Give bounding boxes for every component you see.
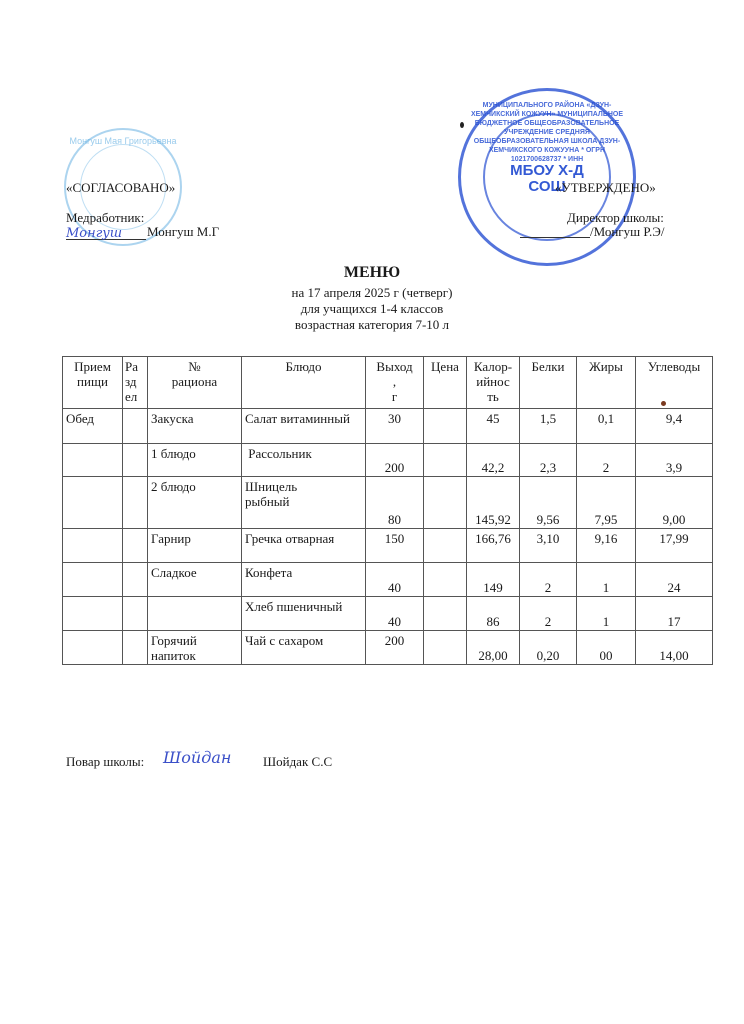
table-row: Гарнир Гречка отварная 150 166,76 3,10 9… (63, 529, 713, 563)
table-row: Обед Закуска Салат витаминный 30 45 1,5 … (63, 409, 713, 444)
cell-price (424, 409, 467, 444)
col-dish: Блюдо (242, 357, 366, 409)
cell-meal: Обед (63, 409, 123, 444)
cell-protein: 2 (520, 563, 577, 597)
cell-dish: Гречка отварная (242, 529, 366, 563)
cell-fat: 7,95 (577, 477, 636, 529)
medical-stamp-text: Монгуш Мая Григорьевна (66, 136, 180, 146)
cell-protein: 1,5 (520, 409, 577, 444)
approval-left-signature-line: Монгуш (66, 225, 146, 240)
cell-protein: 2,3 (520, 444, 577, 477)
approval-left-label: «СОГЛАСОВАНО» (66, 180, 175, 195)
cell-section (123, 477, 148, 529)
cell-price (424, 529, 467, 563)
cell-price (424, 444, 467, 477)
cell-protein: 9,56 (520, 477, 577, 529)
col-price: Цена (424, 357, 467, 409)
col-ration: №рациона (148, 357, 242, 409)
cell-ration: Горячий напиток (148, 631, 242, 665)
menu-date: на 17 апреля 2025 г (четверг) (0, 285, 744, 300)
school-stamp-ring-text: МУНИЦИПАЛЬНОГО РАЙОНА «ДЗУН-ХЕМЧИКСКИЙ К… (469, 101, 625, 164)
cell-carbs: 3,9 (636, 444, 713, 477)
approval-right-label: «УТВЕРЖДЕНО» (555, 180, 656, 195)
approval-right-role: Директор школы: (567, 210, 664, 225)
menu-table: Приемпищи Раздел №рациона Блюдо Выход,г … (62, 356, 713, 665)
cell-section (123, 631, 148, 665)
cell-yield: 200 (366, 444, 424, 477)
cell-meal (63, 444, 123, 477)
cell-dish: Шницель рыбный (242, 477, 366, 529)
school-stamp-center-line1: МБОУ Х-Д (461, 163, 633, 179)
col-meal: Приемпищи (63, 357, 123, 409)
ink-speck (460, 122, 464, 128)
cell-fat: 0,1 (577, 409, 636, 444)
cell-meal (63, 631, 123, 665)
cell-carbs: 17,99 (636, 529, 713, 563)
cell-price (424, 597, 467, 631)
cell-kcal: 166,76 (467, 529, 520, 563)
cell-fat: 00 (577, 631, 636, 665)
cell-dish: Конфета (242, 563, 366, 597)
col-yield: Выход,г (366, 357, 424, 409)
cell-yield: 30 (366, 409, 424, 444)
cell-yield: 40 (366, 597, 424, 631)
cook-role: Повар школы: (66, 754, 144, 769)
cell-kcal: 45 (467, 409, 520, 444)
medworker-signature: Монгуш (66, 226, 122, 241)
cell-kcal: 42,2 (467, 444, 520, 477)
cell-fat: 9,16 (577, 529, 636, 563)
cell-carbs: 9,00 (636, 477, 713, 529)
cell-protein: 2 (520, 597, 577, 631)
approval-left-name: Монгуш М.Г (147, 224, 219, 239)
col-section: Раздел (123, 357, 148, 409)
col-protein: Белки (520, 357, 577, 409)
cell-yield: 40 (366, 563, 424, 597)
col-fat: Жиры (577, 357, 636, 409)
cell-protein: 3,10 (520, 529, 577, 563)
table-header-row: Приемпищи Раздел №рациона Блюдо Выход,г … (63, 357, 713, 409)
cell-kcal: 28,00 (467, 631, 520, 665)
cell-section (123, 529, 148, 563)
cell-ration: Закуска (148, 409, 242, 444)
cell-carbs: 9,4 (636, 409, 713, 444)
cell-ration (148, 597, 242, 631)
col-kcal: Калор-ийность (467, 357, 520, 409)
cell-price (424, 631, 467, 665)
cell-kcal: 145,92 (467, 477, 520, 529)
cell-fat: 2 (577, 444, 636, 477)
table-row: 1 блюдо Рассольник 200 42,2 2,3 2 3,9 (63, 444, 713, 477)
school-stamp: МУНИЦИПАЛЬНОГО РАЙОНА «ДЗУН-ХЕМЧИКСКИЙ К… (458, 88, 636, 266)
approval-right-name: /Монгуш Р.Э/ (590, 224, 664, 239)
cell-meal (63, 597, 123, 631)
cell-section (123, 444, 148, 477)
cell-section (123, 409, 148, 444)
cell-meal (63, 477, 123, 529)
approval-right-signature-line (520, 237, 590, 238)
col-carbs: Углеводы (636, 357, 713, 409)
cell-fat: 1 (577, 597, 636, 631)
cell-yield: 200 (366, 631, 424, 665)
cell-meal (63, 529, 123, 563)
cell-protein: 0,20 (520, 631, 577, 665)
cell-section (123, 563, 148, 597)
table-row: Хлеб пшеничный 40 86 2 1 17 (63, 597, 713, 631)
cell-ration: 1 блюдо (148, 444, 242, 477)
cell-meal (63, 563, 123, 597)
cell-ration: 2 блюдо (148, 477, 242, 529)
cook-signature: Шойдан (163, 748, 231, 767)
cook-name: Шойдак С.С (263, 754, 332, 769)
cell-ration: Сладкое (148, 563, 242, 597)
cell-section (123, 597, 148, 631)
menu-age-category: возрастная категория 7-10 л (0, 317, 744, 332)
cell-yield: 80 (366, 477, 424, 529)
cell-price (424, 563, 467, 597)
cell-dish: Хлеб пшеничный (242, 597, 366, 631)
table-row: Сладкое Конфета 40 149 2 1 24 (63, 563, 713, 597)
cell-dish: Салат витаминный (242, 409, 366, 444)
table-row: 2 блюдо Шницель рыбный 80 145,92 9,56 7,… (63, 477, 713, 529)
cell-yield: 150 (366, 529, 424, 563)
approval-left-role: Медработник: (66, 210, 144, 225)
cell-carbs: 17 (636, 597, 713, 631)
cell-kcal: 86 (467, 597, 520, 631)
cell-kcal: 149 (467, 563, 520, 597)
cell-dish: Рассольник (242, 444, 366, 477)
ink-dot (661, 401, 666, 406)
table-row: Горячий напиток Чай с сахаром 200 28,00 … (63, 631, 713, 665)
page-title: МЕНЮ (0, 264, 744, 282)
menu-audience: для учащихся 1-4 классов (0, 301, 744, 316)
cell-ration: Гарнир (148, 529, 242, 563)
cell-carbs: 14,00 (636, 631, 713, 665)
cell-carbs: 24 (636, 563, 713, 597)
cell-dish: Чай с сахаром (242, 631, 366, 665)
cell-price (424, 477, 467, 529)
cell-fat: 1 (577, 563, 636, 597)
